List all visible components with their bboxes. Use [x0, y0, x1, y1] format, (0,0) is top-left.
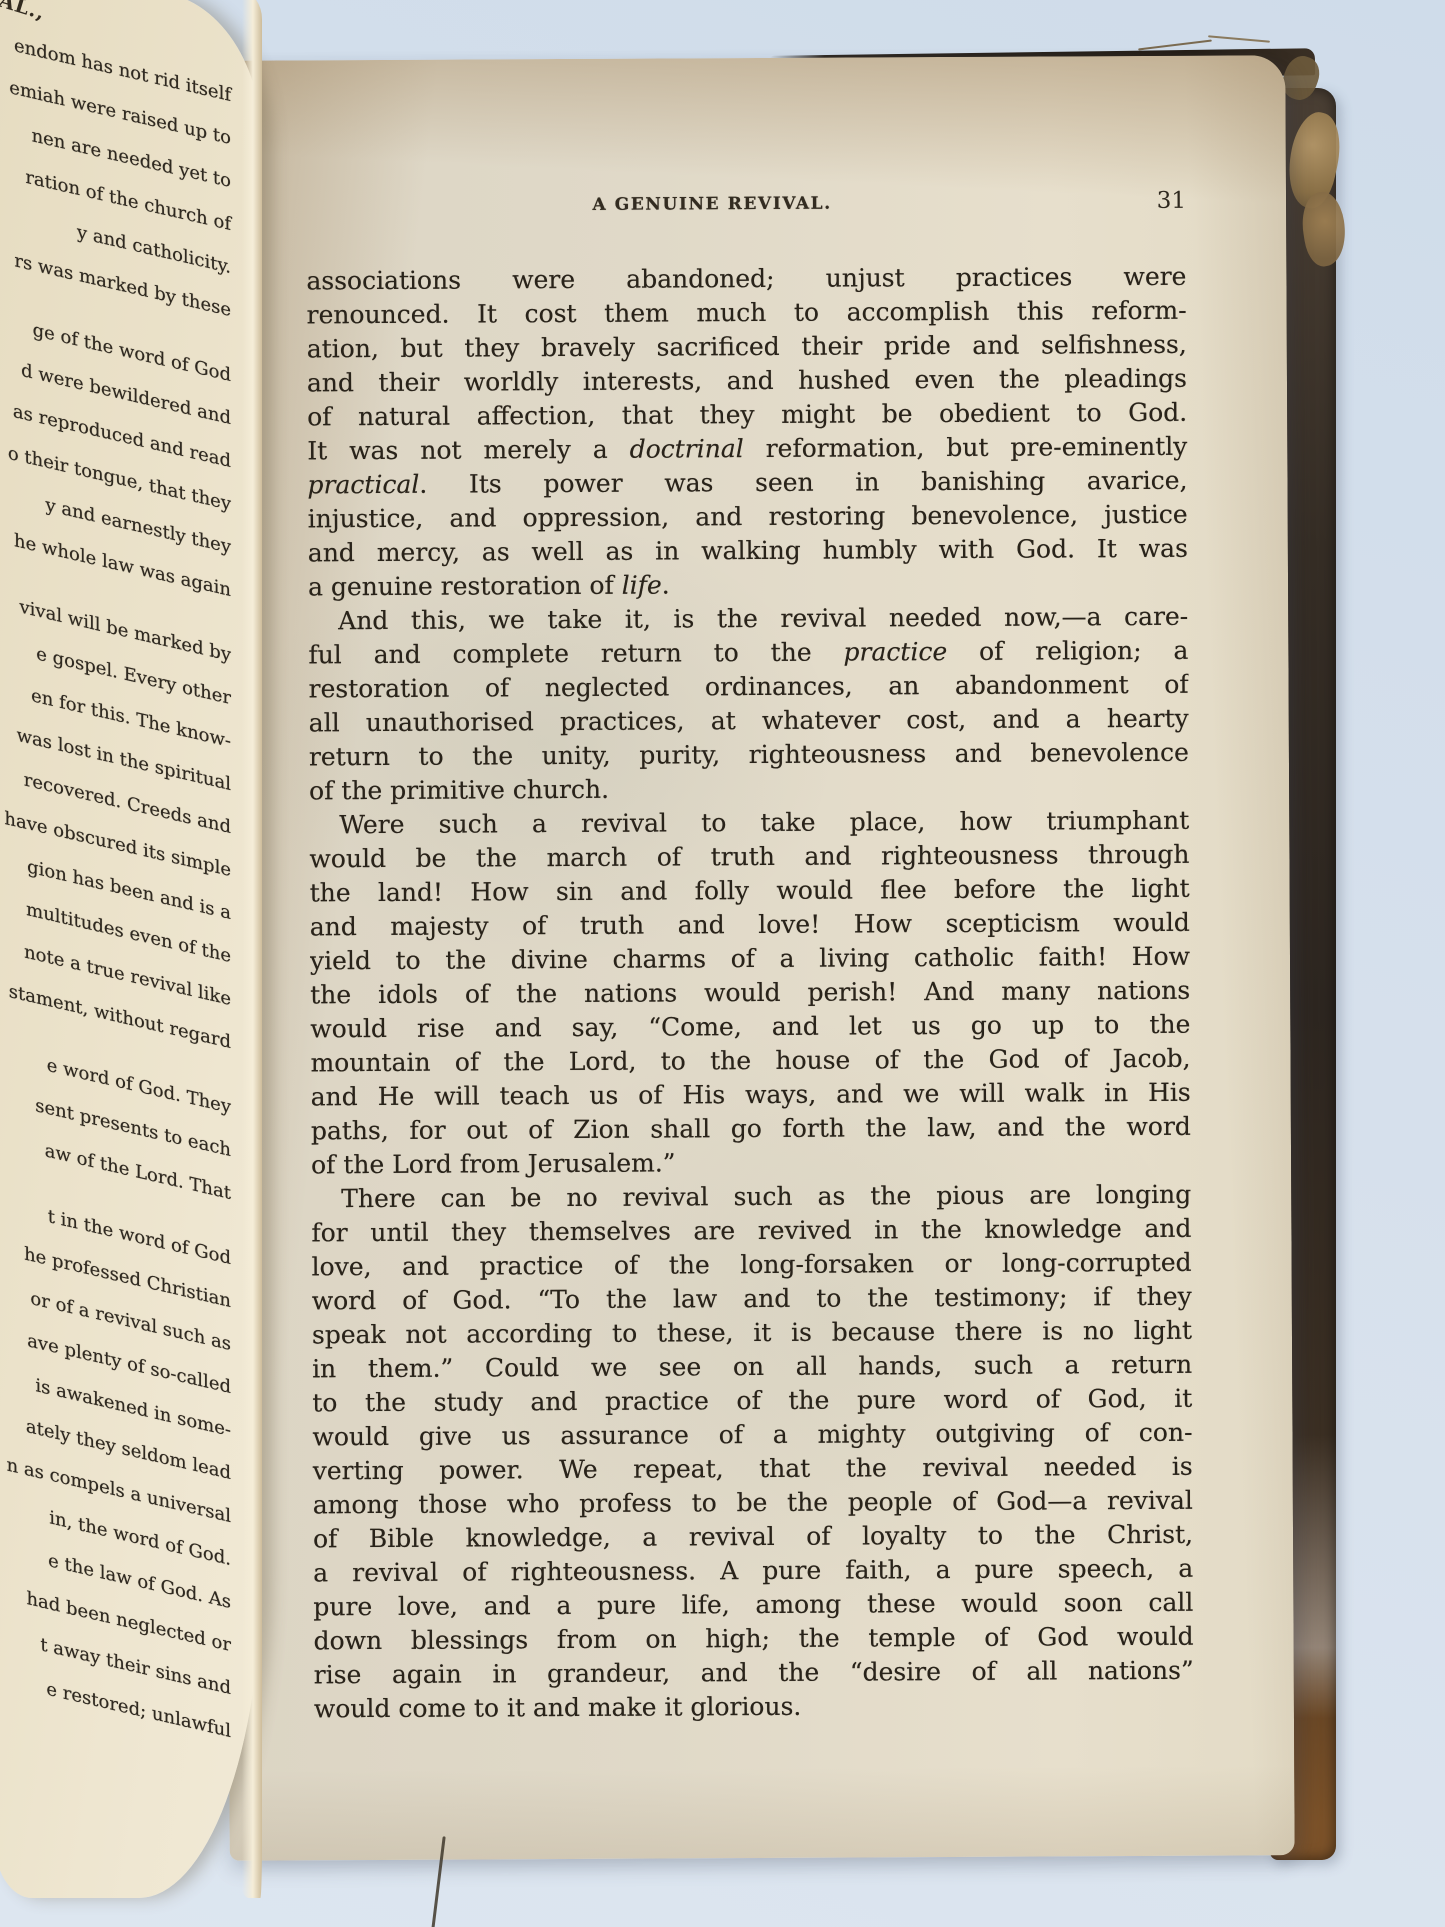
- text-line: There can be no revival such as the piou…: [311, 1178, 1191, 1217]
- text-line: and mercy, as well as in walking humbly …: [308, 532, 1188, 571]
- text-line: would be the march of truth and righteou…: [309, 838, 1189, 877]
- text-line: to the study and practice of the pure wo…: [312, 1382, 1192, 1421]
- left-page-edge-highlight: [242, 0, 262, 1898]
- text-line: ation, but they bravely sacrificed their…: [307, 328, 1187, 367]
- text-line: practical. Its power was seen in banishi…: [307, 464, 1187, 503]
- text-line: paths, for out of Zion shall go forth th…: [311, 1110, 1191, 1149]
- text-line: down blessings from on high; the temple …: [313, 1620, 1193, 1659]
- text-line: verting power. We repeat, that the reviv…: [313, 1450, 1193, 1489]
- text-line: in them.” Could we see on all hands, suc…: [312, 1348, 1192, 1387]
- text-line: And this, we take it, is the revival nee…: [308, 600, 1188, 639]
- text-line: and He will teach us of His ways, and we…: [311, 1076, 1191, 1115]
- left-page-running-head-fragment: VAL.,: [0, 0, 49, 25]
- text-line: renounced. It cost them much to accompli…: [307, 294, 1187, 333]
- page-header: A GENUINE REVIVAL. 31: [306, 192, 1186, 233]
- text-line: of the primitive church.: [309, 770, 1189, 809]
- left-page: VAL., endom has not rid itself emiah wer…: [0, 0, 262, 1898]
- text-line: Were such a revival to take place, how t…: [309, 804, 1189, 843]
- text-line: pure love, and a pure life, among these …: [313, 1586, 1193, 1625]
- text-line: a genuine restoration of life.: [308, 566, 1188, 605]
- text-line: rise again in grandeur, and the “desire …: [314, 1654, 1194, 1693]
- text-line: and their worldly interests, and hushed …: [307, 362, 1187, 401]
- text-line: restoration of neglected ordinances, an …: [308, 668, 1188, 707]
- text-line: speak not according to these, it is beca…: [312, 1314, 1192, 1353]
- text-line: the land! How sin and folly would flee b…: [310, 872, 1190, 911]
- text-line: all unauthorised practices, at whatever …: [309, 702, 1189, 741]
- text-line: love, and practice of the long-forsaken …: [312, 1246, 1192, 1285]
- right-page: A GENUINE REVIVAL. 31 associations were …: [220, 55, 1294, 1861]
- book-photo: A GENUINE REVIVAL. 31 associations were …: [0, 0, 1445, 1927]
- text-line: ful and complete return to the practice …: [308, 634, 1188, 673]
- page-number: 31: [1157, 188, 1186, 214]
- text-line: of natural affection, that they might be…: [307, 396, 1187, 435]
- text-line: would give us assurance of a mighty outg…: [312, 1416, 1192, 1455]
- text-line: It was not merely a doctrinal reformatio…: [307, 430, 1187, 469]
- body-text: associations were abandoned; unjust prac…: [306, 260, 1194, 1727]
- text-line: would come to it and make it glorious.: [314, 1688, 1194, 1727]
- text-line: associations were abandoned; unjust prac…: [306, 260, 1186, 299]
- text-line: and majesty of truth and love! How scept…: [310, 906, 1190, 945]
- text-line: would rise and say, “Come, and let us go…: [310, 1008, 1190, 1047]
- text-line: of Bible knowledge, a revival of loyalty…: [313, 1518, 1193, 1557]
- text-line: mountain of the Lord, to the house of th…: [310, 1042, 1190, 1081]
- text-line: injustice, and oppression, and restoring…: [308, 498, 1188, 537]
- text-line: among those who profess to be the people…: [313, 1484, 1193, 1523]
- text-line: word of God. “To the law and to the test…: [312, 1280, 1192, 1319]
- left-page-fragments: endom has not rid itself emiah were rais…: [0, 0, 239, 1755]
- text-line: a revival of righteousness. A pure faith…: [313, 1552, 1193, 1591]
- text-line: for until they themselves are revived in…: [311, 1212, 1191, 1251]
- text-line: the idols of the nations would perish! A…: [310, 974, 1190, 1013]
- text-line: yield to the divine charms of a living c…: [310, 940, 1190, 979]
- page-heading: A GENUINE REVIVAL.: [272, 192, 1152, 217]
- text-line: of the Lord from Jerusalem.”: [311, 1144, 1191, 1183]
- frayed-thread: [1208, 35, 1270, 42]
- text-line: return to the unity, purity, righteousne…: [309, 736, 1189, 775]
